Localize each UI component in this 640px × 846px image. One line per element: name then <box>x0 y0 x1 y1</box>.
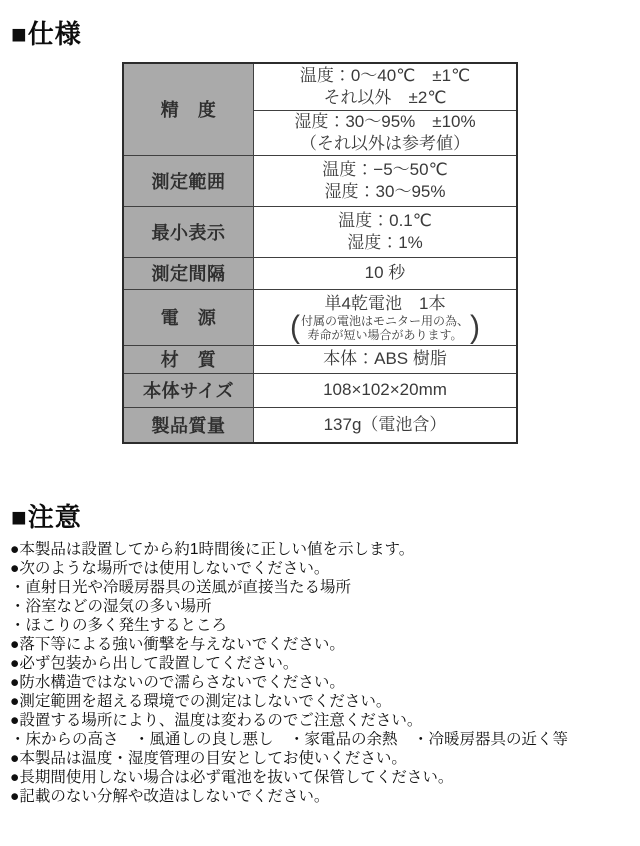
spec-value-power: 単4乾電池 1本 ( 付属の電池はモニター用の為、 寿命が短い場合があります。 … <box>254 289 518 345</box>
caution-item: ●設置する場所により、温度は変わるのでご注意ください。 <box>10 711 638 730</box>
range-line2: 湿度：30〜95% <box>254 181 516 203</box>
table-row-material: 材 質 本体：ABS 樹脂 <box>123 345 517 373</box>
caution-item: ●防水構造ではないので濡らさないでください。 <box>10 673 638 692</box>
spec-value-measuring-range: 温度：−5〜50℃ 湿度：30〜95% <box>254 155 518 206</box>
table-row-weight: 製品質量 137g（電池含） <box>123 407 517 443</box>
spec-table: 精 度 温度：0〜40℃ ±1℃ それ以外 ±2℃ 湿度：30〜95% ±10%… <box>122 62 518 444</box>
spec-value-interval: 10 秒 <box>254 257 518 289</box>
caution-item: ●落下等による強い衝撃を与えないでください。 <box>10 635 638 654</box>
spec-value-weight: 137g（電池含） <box>254 407 518 443</box>
accuracy-temp-line1: 温度：0〜40℃ ±1℃ <box>254 65 516 87</box>
close-paren-glyph: ) <box>470 313 480 342</box>
spec-value-material: 本体：ABS 樹脂 <box>254 345 518 373</box>
spec-section-heading: ■仕様 <box>11 14 82 51</box>
min-display-line1: 温度：0.1℃ <box>254 210 516 232</box>
spec-label-size: 本体サイズ <box>123 373 254 407</box>
accuracy-hum-line1: 湿度：30〜95% ±10% <box>254 111 516 133</box>
power-note-line2: 寿命が短い場合があります。 <box>307 328 462 342</box>
power-note: ( 付属の電池はモニター用の為、 寿命が短い場合があります。 ) <box>254 314 516 342</box>
spec-value-min-display: 温度：0.1℃ 湿度：1% <box>254 206 518 257</box>
open-paren-glyph: ( <box>290 313 300 342</box>
spec-value-accuracy-temperature: 温度：0〜40℃ ±1℃ それ以外 ±2℃ <box>254 63 518 110</box>
spec-label-accuracy: 精 度 <box>123 63 254 155</box>
range-line1: 温度：−5〜50℃ <box>254 159 516 181</box>
spec-label-weight: 製品質量 <box>123 407 254 443</box>
spec-value-accuracy-humidity: 湿度：30〜95% ±10% （それ以外は参考値） <box>254 110 518 155</box>
caution-item: ・床からの高さ ・風通しの良し悪し ・家電品の余熱 ・冷暖房器具の近く等 <box>10 730 638 749</box>
spec-value-size: 108×102×20mm <box>254 373 518 407</box>
min-display-line2: 湿度：1% <box>254 232 516 254</box>
table-row-accuracy-temp: 精 度 温度：0〜40℃ ±1℃ それ以外 ±2℃ <box>123 63 517 110</box>
caution-item: ・ほこりの多く発生するところ <box>10 616 638 635</box>
caution-item: ●長期間使用しない場合は必ず電池を抜いて保管してください。 <box>10 768 638 787</box>
caution-section-heading: ■注意 <box>11 497 82 534</box>
spec-sheet-page: ■仕様 精 度 温度：0〜40℃ ±1℃ それ以外 ±2℃ 湿度：30〜95% … <box>0 0 640 846</box>
caution-item: ・浴室などの湿気の多い場所 <box>10 597 638 616</box>
accuracy-temp-line2: それ以外 ±2℃ <box>254 87 516 109</box>
caution-item: ●次のような場所では使用しないでください。 <box>10 559 638 578</box>
spec-label-material: 材 質 <box>123 345 254 373</box>
spec-label-interval: 測定間隔 <box>123 257 254 289</box>
accuracy-hum-line2: （それ以外は参考値） <box>254 133 516 155</box>
power-note-line1: 付属の電池はモニター用の為、 <box>301 314 469 328</box>
spec-label-measuring-range: 測定範囲 <box>123 155 254 206</box>
table-row-interval: 測定間隔 10 秒 <box>123 257 517 289</box>
power-note-lines: 付属の電池はモニター用の為、 寿命が短い場合があります。 <box>301 314 469 342</box>
table-row-power: 電 源 単4乾電池 1本 ( 付属の電池はモニター用の為、 寿命が短い場合があり… <box>123 289 517 345</box>
caution-item: ●測定範囲を超える環境での測定はしないでください。 <box>10 692 638 711</box>
table-row-min-display: 最小表示 温度：0.1℃ 湿度：1% <box>123 206 517 257</box>
table-row-size: 本体サイズ 108×102×20mm <box>123 373 517 407</box>
caution-item: ●必ず包装から出して設置してください。 <box>10 654 638 673</box>
caution-item: ・直射日光や冷暖房器具の送風が直接当たる場所 <box>10 578 638 597</box>
table-row-measuring-range: 測定範囲 温度：−5〜50℃ 湿度：30〜95% <box>123 155 517 206</box>
caution-item: ●本製品は設置してから約1時間後に正しい値を示します。 <box>10 540 638 559</box>
spec-label-power: 電 源 <box>123 289 254 345</box>
caution-item: ●記載のない分解や改造はしないでください。 <box>10 787 638 806</box>
spec-label-min-display: 最小表示 <box>123 206 254 257</box>
caution-item: ●本製品は温度・湿度管理の目安としてお使いください。 <box>10 749 638 768</box>
caution-list: ●本製品は設置してから約1時間後に正しい値を示します。 ●次のような場所では使用… <box>10 540 638 806</box>
